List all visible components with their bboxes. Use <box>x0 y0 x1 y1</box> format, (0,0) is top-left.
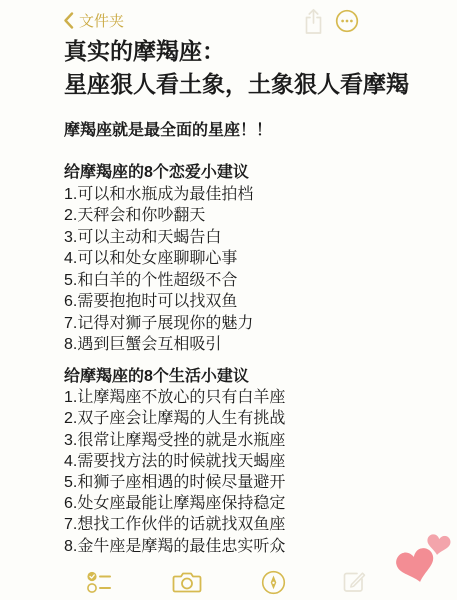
camera-icon <box>172 570 202 594</box>
list-item: 7.记得对狮子展现你的魅力 <box>64 313 434 335</box>
list-item: 6.需要抱抱时可以找双鱼 <box>64 291 434 313</box>
list-item: 5.和狮子座相遇的时候尽量避开 <box>64 472 434 493</box>
list-item: 4.需要找方法的时候就找天蝎座 <box>64 451 434 472</box>
chevron-left-icon <box>63 12 74 29</box>
camera-button[interactable] <box>172 570 202 599</box>
compose-icon <box>342 570 366 594</box>
note-title-line2: 星座狠人看土象，土象狠人看摩羯 <box>64 68 436 101</box>
list-item: 6.处女座最能让摩羯座保持稳定 <box>64 493 434 514</box>
list-item: 1.可以和水瓶成为最佳拍档 <box>64 184 434 206</box>
list-item: 3.可以主动和天蝎告白 <box>64 227 434 249</box>
list-item: 7.想找工作伙伴的话就找双鱼座 <box>64 514 434 535</box>
note-title-line1: 真实的摩羯座： <box>64 35 436 68</box>
bottom-toolbar <box>0 565 457 600</box>
more-options-button[interactable] <box>335 9 359 38</box>
love-tips-section[interactable]: 给摩羯座的8个恋爱小建议 1.可以和水瓶成为最佳拍档 2.天秤会和你吵翻天 3.… <box>64 162 434 356</box>
list-item: 3.很常让摩羯受挫的就是水瓶座 <box>64 430 434 451</box>
list-item: 8.遇到巨蟹会互相吸引 <box>64 334 434 356</box>
list-item: 2.双子座会让摩羯的人生有挑战 <box>64 408 434 429</box>
back-button-label: 文件夹 <box>79 10 124 31</box>
heart-icon <box>424 533 451 562</box>
note-title[interactable]: 真实的摩羯座： 星座狠人看土象，土象狠人看摩羯 <box>64 35 436 101</box>
list-item: 1.让摩羯座不放心的只有白羊座 <box>64 387 434 408</box>
back-button[interactable]: 文件夹 <box>63 10 124 31</box>
list-item: 5.和白羊的个性超级不合 <box>64 270 434 292</box>
list-item: 2.天秤会和你吵翻天 <box>64 205 434 227</box>
ellipsis-circle-icon <box>335 9 359 33</box>
markup-button[interactable] <box>261 570 286 600</box>
compose-button[interactable] <box>342 570 366 599</box>
note-statement: 摩羯座就是最全面的星座！！ <box>64 120 424 142</box>
checklist-button[interactable] <box>86 570 114 599</box>
share-icon <box>303 8 324 35</box>
top-navigation-bar: 文件夹 <box>0 0 457 38</box>
markup-pen-icon <box>261 570 286 595</box>
section-header: 给摩羯座的8个生活小建议 <box>64 366 434 387</box>
checklist-icon <box>86 570 114 594</box>
section-header: 给摩羯座的8个恋爱小建议 <box>64 162 434 184</box>
list-item: 4.可以和处女座聊聊心事 <box>64 248 434 270</box>
life-tips-section[interactable]: 给摩羯座的8个生活小建议 1.让摩羯座不放心的只有白羊座 2.双子座会让摩羯的人… <box>64 366 434 557</box>
list-item: 8.金牛座是摩羯的最佳忠实听众 <box>64 536 434 557</box>
